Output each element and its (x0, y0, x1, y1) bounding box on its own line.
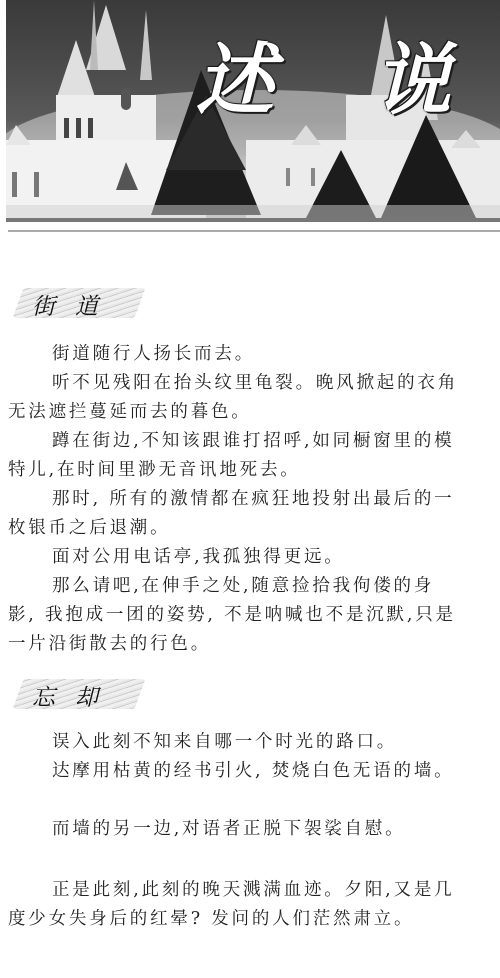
banner-title: 述 说 (196, 18, 487, 130)
section-heading-forgetting: 忘却 (18, 679, 138, 709)
paragraph: 面对公用电话亭,我孤独得更远。 (8, 543, 460, 572)
paragraph: 达摩用枯黄的经书引火, 焚烧白色无语的墙。 (8, 757, 460, 786)
banner-bottom-rule (6, 218, 500, 222)
paragraph: 街道随行人扬长而去。 (8, 340, 460, 369)
paragraph: 那么请吧,在伸手之处,随意捡拾我佝偻的身影, 我抱成一团的姿势, 不是呐喊也不是… (8, 572, 460, 659)
section-heading-label: 忘却 (32, 679, 118, 712)
section-heading-label: 街道 (32, 288, 118, 321)
divider-rule (8, 230, 500, 232)
paragraph: 而墙的另一边,对语者正脱下袈裟自慰。 (8, 815, 460, 844)
section-heading-street: 街道 (18, 288, 138, 318)
paragraph: 那时, 所有的激情都在疯狂地投射出最后的一枚银币之后退潮。 (8, 485, 460, 543)
paragraph: 正是此刻,此刻的晚天溅满血迹。夕阳,又是几度少女失身后的红晕? 发问的人们茫然肃… (8, 876, 460, 934)
paragraph: 误入此刻不知来自哪一个时光的路口。 (8, 728, 460, 757)
header-banner: 述 说 (6, 0, 500, 218)
paragraph: 听不见残阳在抬头纹里龟裂。晚风掀起的衣角无法遮拦蔓延而去的暮色。 (8, 369, 460, 427)
paragraph: 蹲在街边,不知该跟谁打招呼,如同橱窗里的模特儿,在时间里渺无音讯地死去。 (8, 427, 460, 485)
